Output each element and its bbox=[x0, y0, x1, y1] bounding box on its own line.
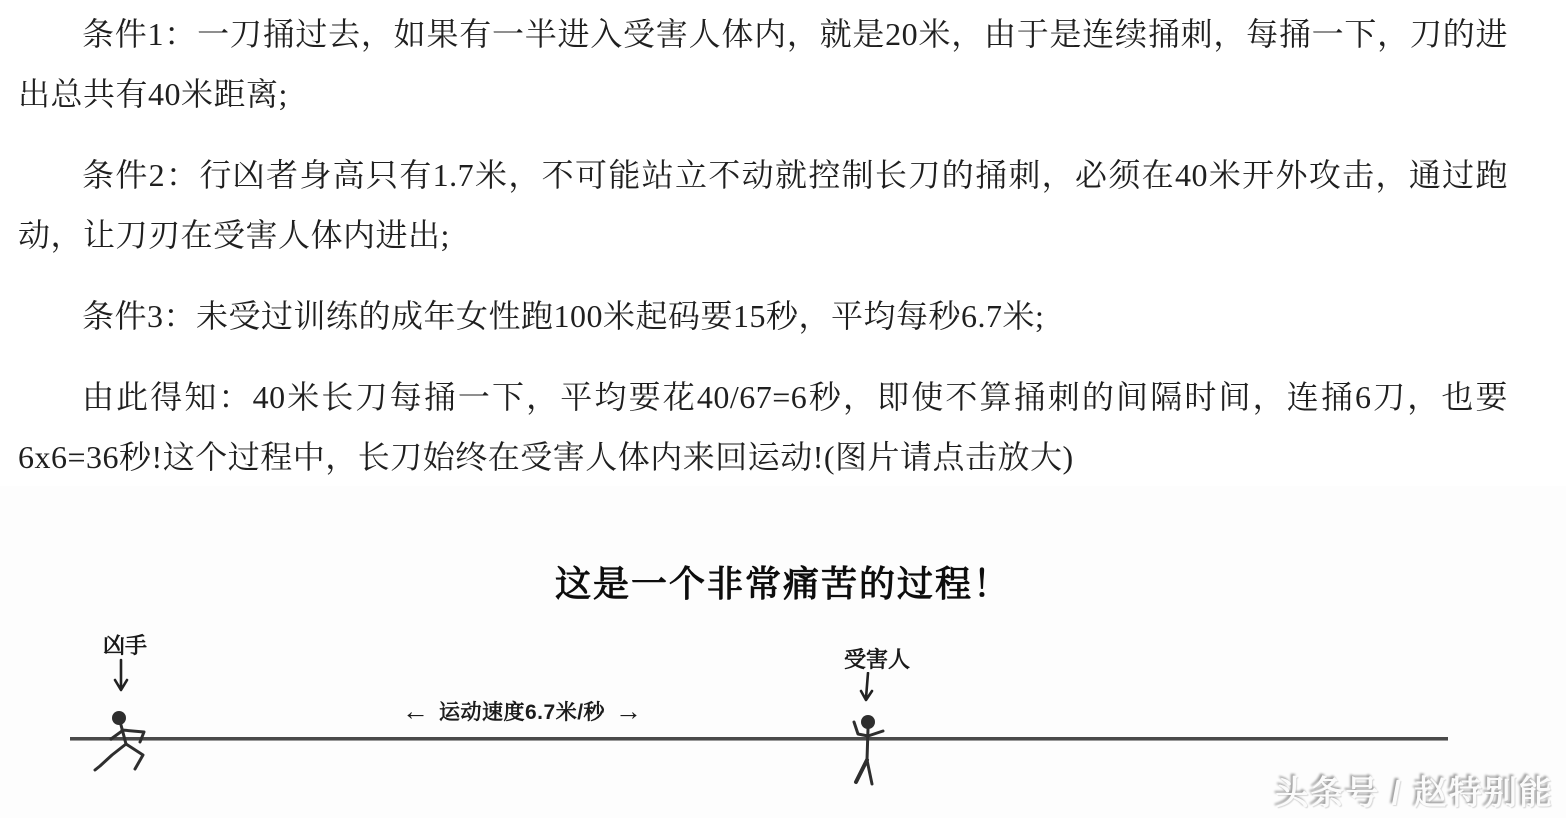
paragraph-condition-3: 条件3：未受过训练的成年女性跑100米起码要15秒，平均每秒6.7米; bbox=[18, 286, 1508, 346]
paragraph-condition-2: 条件2：行凶者身高只有1.7米，不可能站立不动就控制长刀的捅刺，必须在40米开外… bbox=[18, 145, 1508, 265]
left-arrow-icon: ← bbox=[402, 700, 429, 722]
watermark-credit: 头条号 / 赵特别能 bbox=[1275, 767, 1554, 814]
article-body: 条件1：一刀捅过去，如果有一半进入受害人体内，就是20米，由于是连续捅刺，每捅一… bbox=[18, 0, 1508, 508]
process-diagram-image[interactable]: 这是一个非常痛苦的过程！ 凶手 受害人 ← 运动速度6.7米/秒 → bbox=[0, 486, 1566, 818]
diagram-title: 这是一个非常痛苦的过程！ bbox=[0, 556, 1566, 607]
speed-annotation: ← 运动速度6.7米/秒 → bbox=[402, 696, 642, 726]
down-arrow-icon bbox=[858, 672, 876, 713]
paragraph-conclusion: 由此得知：40米长刀每捅一下，平均要花40/67=6秒，即使不算捅刺的间隔时间，… bbox=[18, 367, 1508, 487]
victim-label: 受害人 bbox=[844, 643, 910, 674]
victim-standing-figure-icon bbox=[843, 712, 893, 797]
right-arrow-icon: → bbox=[615, 700, 642, 722]
paragraph-condition-1: 条件1：一刀捅过去，如果有一半进入受害人体内，就是20米，由于是连续捅刺，每捅一… bbox=[18, 4, 1508, 124]
down-arrow-icon bbox=[112, 658, 130, 703]
speed-label: 运动速度6.7米/秒 bbox=[439, 696, 605, 726]
ground-line bbox=[70, 737, 1448, 741]
attacker-label: 凶手 bbox=[103, 629, 147, 660]
attacker-runner-figure-icon bbox=[92, 702, 177, 792]
